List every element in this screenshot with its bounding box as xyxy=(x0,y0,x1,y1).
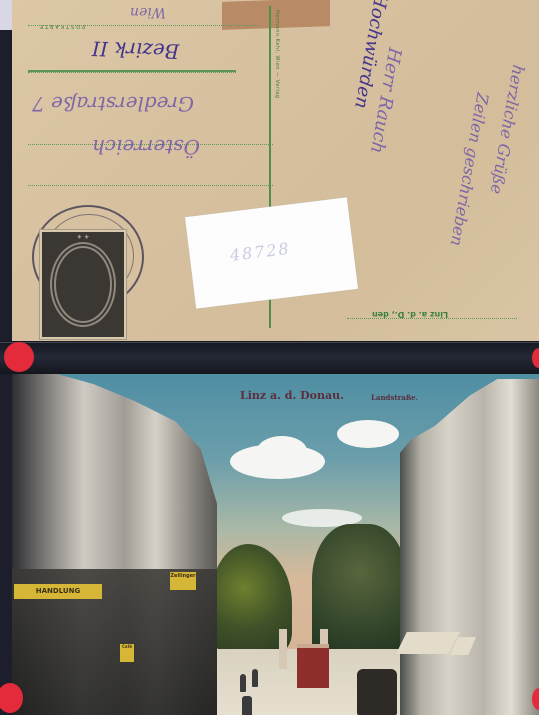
handwriting: Bezirk II xyxy=(92,36,180,63)
handwriting: Österreich xyxy=(92,135,200,159)
shop-sign: Café xyxy=(120,644,134,662)
place-date-imprint: Linz a. d. D., den xyxy=(372,310,448,319)
red-marker xyxy=(532,348,539,368)
pedestrian xyxy=(242,696,252,715)
postage-stamp: ⚜ ⚜ xyxy=(40,230,126,339)
gate-pillar xyxy=(279,629,287,669)
handwriting: Zeilen geschrieben xyxy=(447,91,493,247)
pedestrian xyxy=(240,674,246,692)
stamp-text: ⚜ ⚜ xyxy=(42,234,124,241)
scanner-edge-highlight xyxy=(0,0,12,30)
horse-carriage xyxy=(357,669,397,715)
sticker-number: 48728 xyxy=(229,239,292,265)
postkarte-label: POSTKARTE xyxy=(38,23,85,29)
shop-sign: HANDLUNG xyxy=(14,584,102,599)
cloud xyxy=(257,436,307,466)
postcard-subtitle: Landstraße. xyxy=(371,393,418,402)
stamp-emblem xyxy=(50,242,116,327)
cloud xyxy=(337,420,399,448)
inventory-sticker: 48728 xyxy=(185,197,358,308)
handwriting: Wien xyxy=(130,4,166,20)
pedestrian xyxy=(252,669,258,687)
red-marker xyxy=(4,342,34,372)
postcard-back: POSTKARTE Hermann Kehl, Wien — Verlag Wi… xyxy=(12,0,539,341)
postcard-title: Linz a. d. Donau. xyxy=(240,389,344,402)
red-marker xyxy=(532,688,539,710)
building-right xyxy=(400,379,539,715)
handwriting: herzliche Grüße xyxy=(487,63,528,195)
publisher-imprint: Hermann Kehl, Wien — Verlag xyxy=(272,10,280,190)
address-line xyxy=(28,185,273,186)
address-line xyxy=(28,25,258,26)
shop-sign: Zellinger xyxy=(170,572,196,590)
handwriting: Gredlerstraße 7 xyxy=(32,92,194,116)
address-line xyxy=(28,72,236,73)
postcard-scan: POSTKARTE Hermann Kehl, Wien — Verlag Wi… xyxy=(0,0,539,715)
tram xyxy=(297,644,329,688)
postcard-front: HANDLUNG Zellinger Café Linz a. d. Donau… xyxy=(12,374,539,715)
scanner-divider xyxy=(0,341,539,374)
